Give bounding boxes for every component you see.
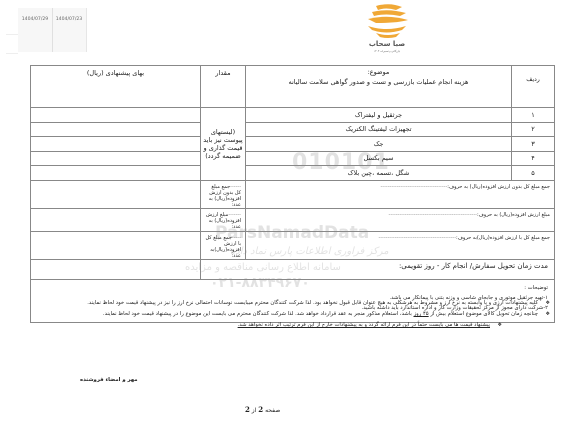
- notes-title: توضیحات :: [37, 283, 548, 293]
- row-item: شگل ،تسمه ،چین بلاک: [246, 166, 512, 181]
- term-item-form: پیشنهاد قیمت ها می بایست حتماً در این فر…: [60, 320, 502, 331]
- header-price: بهای پیشنهادی (ریال): [31, 66, 201, 108]
- page-current: 2: [258, 405, 263, 414]
- subject-label: موضوع:: [246, 66, 511, 76]
- row-no: ۵: [512, 166, 555, 181]
- term-highlight: ۴۵ روز: [414, 311, 429, 317]
- row-item: جک: [246, 137, 512, 152]
- seller-signature-label: مهر و امضاء فروشنده: [80, 377, 138, 383]
- page-separator: از: [252, 407, 257, 414]
- header-row-no: ردیف: [512, 66, 555, 108]
- page-total: 2: [245, 405, 250, 414]
- header-subject: موضوع: هزینه انجام عملیات بازرسی و تست و…: [246, 66, 512, 108]
- date-divider: [6, 34, 18, 54]
- vat-digits-label-cell[interactable]: -------مبلغ ارزش افزوده(ریال) به عدد:: [201, 208, 246, 231]
- row-price-field[interactable]: [31, 108, 201, 123]
- row-no: ۴: [512, 151, 555, 166]
- row-no: ۱: [512, 108, 555, 123]
- row-price-field[interactable]: [31, 122, 201, 137]
- delivery-value-field[interactable]: [31, 259, 201, 279]
- sum-row-with-vat: جمع مبلغ کل با ارزش افزوده(ریال)به حروف:…: [31, 231, 555, 259]
- vat-words-label: مبلغ ارزش افزوده(ریال) به حروف:: [477, 212, 550, 218]
- table-row: ۲ تجهیزات لیفتینگ الکتریک: [31, 122, 555, 137]
- date-stamp-end: 1404/07/29: [18, 8, 53, 52]
- page-label: صفحه: [265, 407, 280, 414]
- term-item-currency: کلیه پیشنهادات ارزی و یا وابسته به نرخ ا…: [60, 298, 550, 309]
- table-row: ۵ شگل ،تسمه ،چین بلاک: [31, 166, 555, 181]
- vat-words-field[interactable]: مبلغ ارزش افزوده(ریال) به حروف:---------…: [246, 208, 555, 231]
- row-no: ۲: [512, 122, 555, 137]
- sunrise-stripes-logo-icon: [346, 2, 428, 40]
- logo-subtitle: بازرگانی و تعمیرات ۱۴۰۴: [346, 50, 428, 53]
- row-item: سیم بکسل: [246, 151, 512, 166]
- row-item: تجهیزات لیفتینگ الکتریک: [246, 122, 512, 137]
- delivery-label: مدت زمان تحویل سفارش/ انجام کار - روز تق…: [201, 259, 555, 279]
- company-logo: صبا سحاب بازرگانی و تعمیرات ۱۴۰۴: [346, 2, 428, 56]
- quantity-note: (لیستهای پیوست نیز باید قیمت گذاری و ضمی…: [201, 108, 246, 181]
- page-number: صفحه 2 از 2: [245, 405, 280, 414]
- sum-words-field[interactable]: جمع مبلغ کل بدون ارزش افزوده(ریال) به حر…: [246, 180, 555, 208]
- price-quote-table: ردیف موضوع: هزینه انجام عملیات بازرسی و …: [30, 65, 555, 323]
- subject-text: هزینه انجام عملیات بازرسی و تست و صدور گ…: [246, 76, 511, 86]
- vat-value-field[interactable]: [31, 208, 201, 231]
- date-stamp-start: 1404/07/23: [52, 8, 86, 52]
- total-words-field[interactable]: جمع مبلغ کل با ارزش افزوده(ریال)به حروف:…: [246, 231, 555, 259]
- sum-row-without-vat: جمع مبلغ کل بدون ارزش افزوده(ریال) به حر…: [31, 180, 555, 208]
- date-stamps: 1404/07/29 1404/07/23: [18, 8, 87, 52]
- row-price-field[interactable]: [31, 151, 201, 166]
- logo-brand-text: صبا سحاب: [346, 40, 428, 48]
- total-value-field[interactable]: [31, 231, 201, 259]
- terms-list: کلیه پیشنهادات ارزی و یا وابسته به نرخ ا…: [60, 298, 550, 331]
- header-quantity: مقدار: [201, 66, 246, 108]
- delivery-row: مدت زمان تحویل سفارش/ انجام کار - روز تق…: [31, 259, 555, 279]
- total-words-label: جمع مبلغ کل با ارزش افزوده(ریال)به حروف:: [456, 235, 550, 241]
- sum-value-field[interactable]: [31, 180, 201, 208]
- sum-words-label: جمع مبلغ کل بدون ارزش افزوده(ریال) به حر…: [447, 184, 550, 190]
- term-text: باشد، استعلام مذکور منجر به عقد قرارداد …: [103, 311, 414, 317]
- term-item-delivery: چنانچه زمان تحویل کالای موضوع استعلام بی…: [60, 309, 550, 320]
- sum-digits-label-cell[interactable]: ------جمع مبلغ کل بدون ارزش افزوده(ریال)…: [201, 180, 246, 208]
- row-price-field[interactable]: [31, 166, 201, 181]
- row-price-field[interactable]: [31, 137, 201, 152]
- term-text: چنانچه زمان تحویل کالای موضوع استعلام بی…: [429, 311, 538, 317]
- table-row: ۴ سیم بکسل: [31, 151, 555, 166]
- sum-row-vat: مبلغ ارزش افزوده(ریال) به حروف:---------…: [31, 208, 555, 231]
- term-text: پیشنهاد قیمت ها می بایست حتماً در این فر…: [238, 322, 490, 328]
- table-row: ۳ جک: [31, 137, 555, 152]
- table-row: ۱ جرثقیل و لیفتراک (لیستهای پیوست نیز با…: [31, 108, 555, 123]
- row-item: جرثقیل و لیفتراک: [246, 108, 512, 123]
- row-no: ۳: [512, 137, 555, 152]
- total-digits-label-cell[interactable]: -----جمع مبلغ کل با ارزش افزوده(ریال)به …: [201, 231, 246, 259]
